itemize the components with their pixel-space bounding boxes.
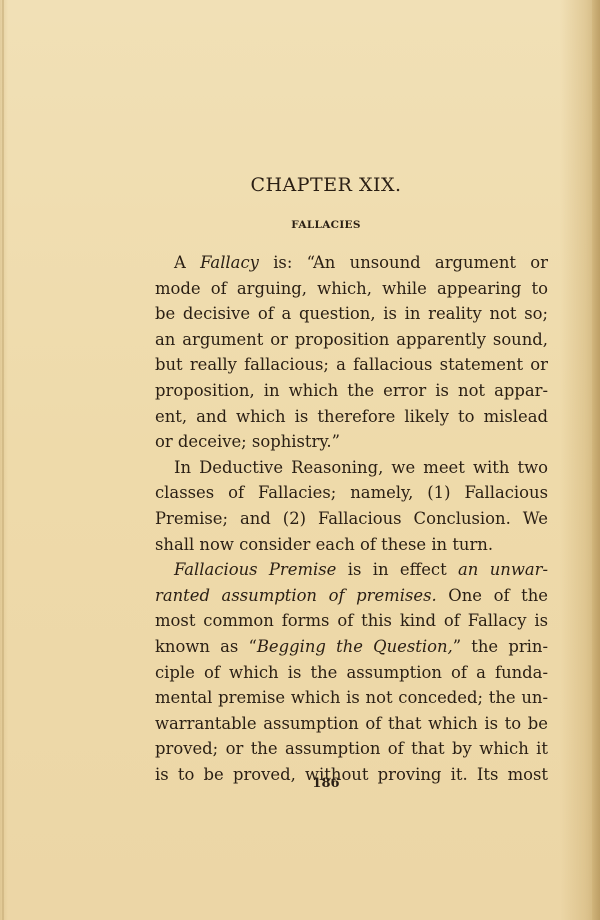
- text-line: Premise; and (2) Fallacious Conclusion. …: [155, 506, 548, 532]
- text-line: mode of arguing, which, while appearing …: [155, 276, 548, 302]
- text-line: most common forms of this kind of Fallac…: [155, 608, 548, 634]
- text-segment: mental premise which is not conceded; th…: [155, 688, 548, 707]
- text-line: mental premise which is not conceded; th…: [155, 685, 548, 711]
- section-title: FALLACIES: [0, 219, 600, 231]
- text-line: but really fallacious; a fallacious stat…: [155, 352, 548, 378]
- book-page: CHAPTER XIX. FALLACIES A Fallacy is: “An…: [0, 0, 600, 920]
- text-segment: In Deductive Reasoning, we meet with two: [174, 458, 548, 477]
- italic-text: ranted assumption of premises.: [155, 586, 437, 605]
- text-line: classes of Fallacies; namely, (1) Fallac…: [155, 480, 548, 506]
- text-line: ranted assumption of premises. One of th…: [155, 583, 548, 609]
- text-line: In Deductive Reasoning, we meet with two: [155, 455, 548, 481]
- text-segment: an argument or proposition apparently so…: [155, 330, 548, 349]
- italic-text: an unwar-: [458, 560, 548, 579]
- text-line: ent, and which is therefore likely to mi…: [155, 404, 548, 430]
- italic-text: Fallacious Premise: [174, 560, 336, 579]
- text-line: known as “Begging the Question,” the pri…: [155, 634, 548, 660]
- text-segment: is: “An unsound argument or: [259, 253, 548, 272]
- text-line: be decisive of a question, is in reality…: [155, 301, 548, 327]
- text-segment: One of the: [437, 586, 548, 605]
- text-segment: proposition, in which the error is not a…: [155, 381, 548, 400]
- text-segment: ciple of which is the assumption of a fu…: [155, 663, 548, 682]
- text-segment: most common forms of this kind of Fallac…: [155, 611, 548, 630]
- text-segment: known as “: [155, 637, 257, 656]
- text-line: Fallacious Premise is in effect an unwar…: [155, 557, 548, 583]
- text-segment: shall now consider each of these in turn…: [155, 535, 493, 554]
- text-segment: warrantable assumption of that which is …: [155, 714, 548, 733]
- text-segment: ” the prin-: [453, 637, 548, 656]
- text-line: A Fallacy is: “An unsound argument or: [155, 250, 548, 276]
- text-segment: A: [174, 253, 200, 272]
- chapter-title: CHAPTER XIX.: [0, 174, 600, 196]
- text-segment: ent, and which is therefore likely to mi…: [155, 407, 548, 426]
- italic-text: Begging the Question,: [257, 637, 453, 656]
- text-line: shall now consider each of these in turn…: [155, 532, 548, 558]
- body-text: A Fallacy is: “An unsound argument ormod…: [155, 250, 548, 787]
- text-line: warrantable assumption of that which is …: [155, 711, 548, 737]
- text-line: ciple of which is the assumption of a fu…: [155, 660, 548, 686]
- text-line: proved; or the assumption of that by whi…: [155, 736, 548, 762]
- text-segment: proved; or the assumption of that by whi…: [155, 739, 548, 758]
- text-segment: classes of Fallacies; namely, (1) Fallac…: [155, 483, 548, 502]
- text-segment: or deceive; sophistry.”: [155, 432, 340, 451]
- page-number: 186: [0, 776, 600, 791]
- text-segment: but really fallacious; a fallacious stat…: [155, 355, 548, 374]
- text-line: proposition, in which the error is not a…: [155, 378, 548, 404]
- text-segment: Premise; and (2) Fallacious Conclusion. …: [155, 509, 548, 528]
- text-line: or deceive; sophistry.”: [155, 429, 548, 455]
- text-segment: be decisive of a question, is in reality…: [155, 304, 548, 323]
- text-segment: mode of arguing, which, while appearing …: [155, 279, 548, 298]
- text-line: an argument or proposition apparently so…: [155, 327, 548, 353]
- text-segment: is in effect: [336, 560, 458, 579]
- italic-text: Fallacy: [200, 253, 259, 272]
